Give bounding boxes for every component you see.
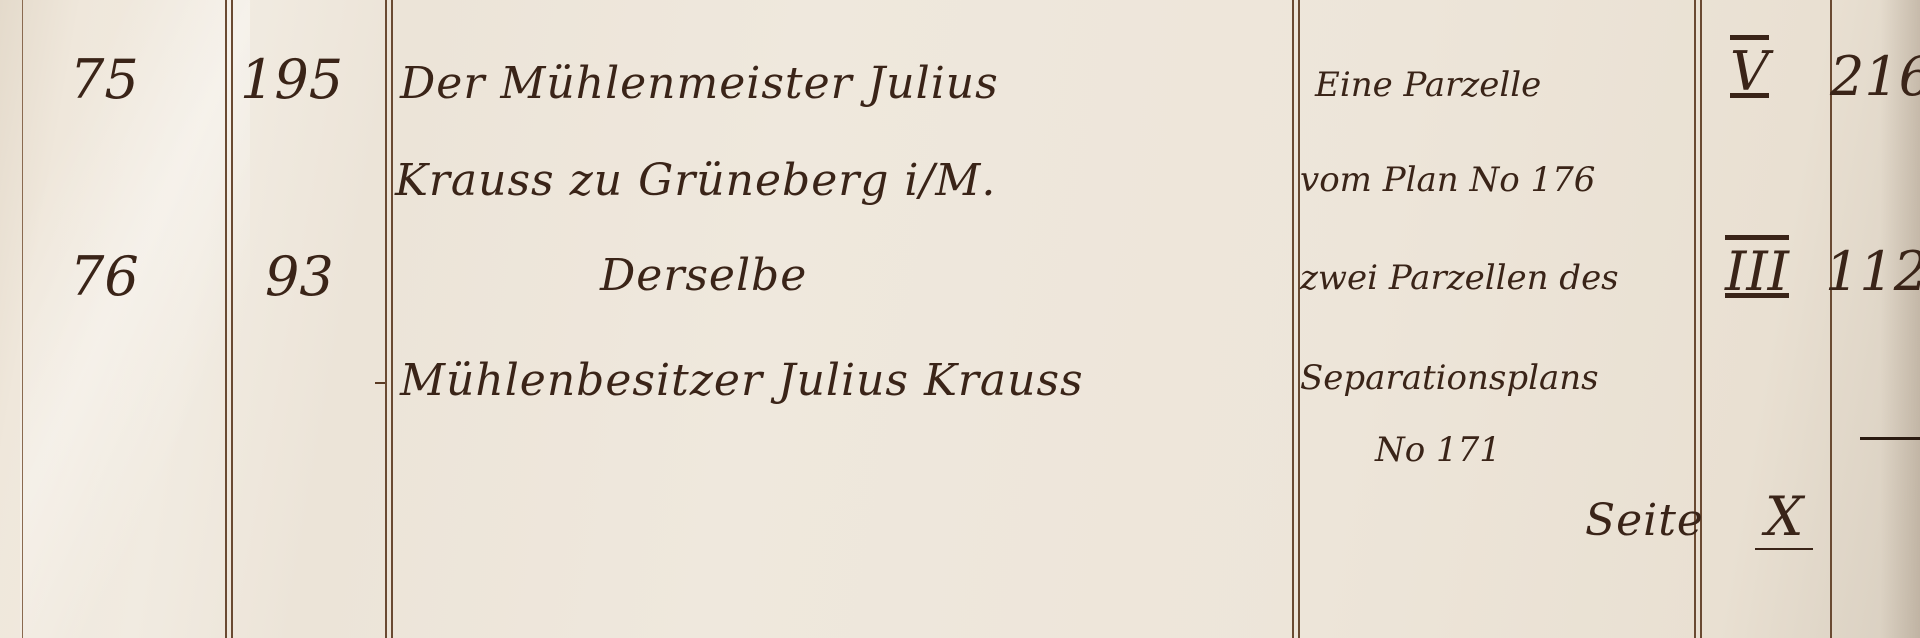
page-number: 112 [1825, 240, 1920, 303]
ledger-page: 75 195 Der Mühlenmeister Julius Krauss z… [0, 0, 1920, 638]
seite-value: X [1755, 485, 1813, 550]
column-rule [385, 0, 387, 638]
volume-roman: III [1725, 240, 1789, 303]
owner-line-2: Mühlenbesitzer Julius Krauss [400, 355, 1084, 406]
owner-line-1: Der Mühlenmeister Julius [400, 58, 999, 109]
owner-line-2: Krauss zu Grüneberg i/M. [395, 155, 996, 206]
reference-number: 93 [265, 245, 334, 308]
line-marker [375, 382, 385, 384]
parcel-line-3: No 171 [1375, 430, 1501, 470]
parcel-line-1: Eine Parzelle [1315, 65, 1541, 105]
page-number: 216 [1830, 45, 1920, 108]
column-rule [1298, 0, 1300, 638]
owner-line-1: Derselbe [600, 250, 807, 301]
column-rule [225, 0, 227, 638]
entry-number: 75 [70, 48, 139, 111]
parcel-line-2: Separationsplans [1300, 358, 1599, 398]
seite-label: Seite [1585, 495, 1704, 546]
column-rule [22, 0, 23, 638]
end-dash [1860, 437, 1920, 440]
entry-number: 76 [70, 245, 139, 308]
reference-number: 195 [240, 48, 343, 111]
parcel-line-2: vom Plan No 176 [1300, 160, 1595, 200]
parcel-line-1: zwei Parzellen des [1300, 258, 1619, 298]
volume-roman: V [1730, 40, 1769, 103]
column-rule [1292, 0, 1294, 638]
column-rule [231, 0, 233, 638]
column-rule [391, 0, 393, 638]
